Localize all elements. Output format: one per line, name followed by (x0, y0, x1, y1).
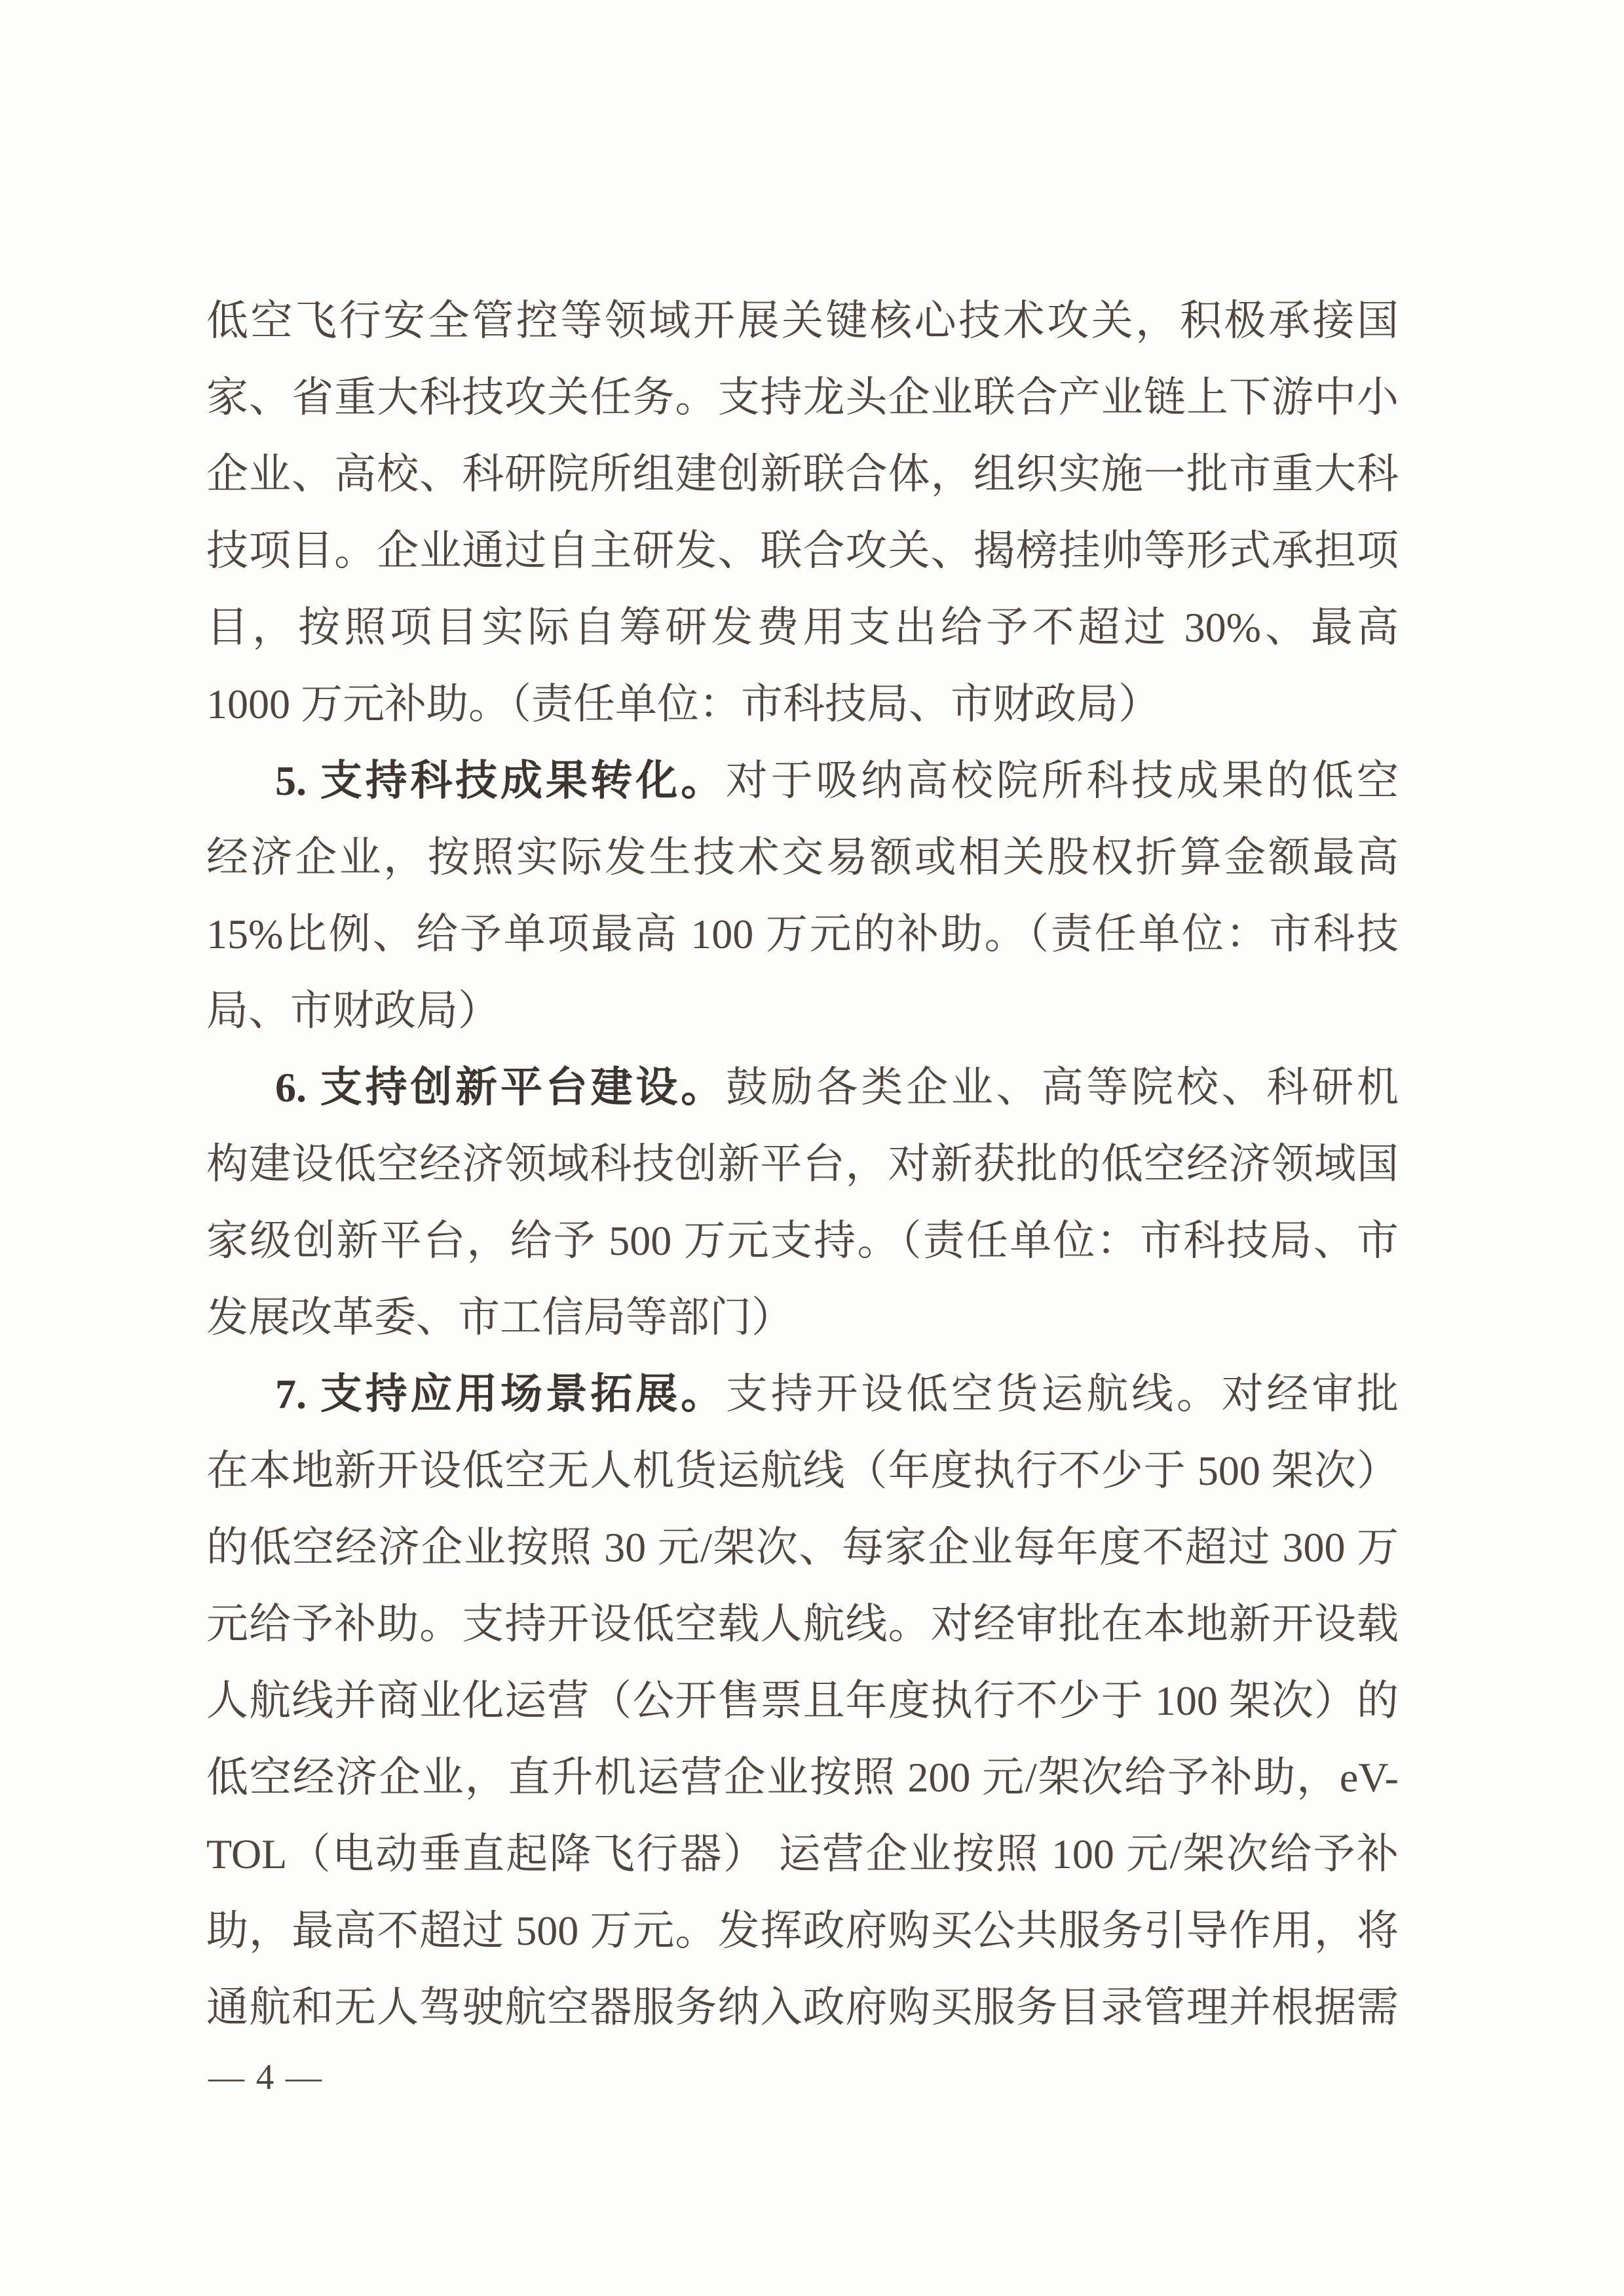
text-line: 6. 支持创新平台建设。鼓励各类企业、高等院校、科研机 (206, 1049, 1399, 1126)
text-line: 发展改革委、市工信局等部门） (206, 1279, 1399, 1356)
text-line: 1000 万元补助。（责任单位：市科技局、市财政局） (206, 666, 1399, 742)
body-text: 低空飞行安全管控等领域开展关键核心技术攻关，积极承接国家、省重大科技攻关任务。支… (206, 282, 1399, 2046)
page-footer: — 4 — (208, 2052, 323, 2101)
text-line: 目，按照项目实际自筹研发费用支出给予不超过 30%、最高 (206, 589, 1399, 666)
text-line: 家级创新平台，给予 500 万元支持。（责任单位：市科技局、市 (206, 1202, 1399, 1279)
line-text: 支持开设低空货运航线。对经审批 (726, 1371, 1399, 1417)
text-line: 经济企业，按照实际发生技术交易额或相关股权折算金额最高 (206, 819, 1399, 896)
text-line: TOL（电动垂直起降飞行器） 运营企业按照 100 元/架次给予补 (206, 1816, 1399, 1892)
text-line: 构建设低空经济领域科技创新平台，对新获批的低空经济领域国 (206, 1126, 1399, 1202)
section-heading: 6. 支持创新平台建设。 (275, 1064, 726, 1111)
section-heading: 7. 支持应用场景拓展。 (275, 1371, 726, 1417)
text-line: 人航线并商业化运营（公开售票且年度执行不少于 100 架次）的 (206, 1662, 1399, 1739)
text-line: 家、省重大科技攻关任务。支持龙头企业联合产业链上下游中小 (206, 359, 1399, 436)
text-line: 助，最高不超过 500 万元。发挥政府购买公共服务引导作用，将 (206, 1892, 1399, 1969)
text-line: 在本地新开设低空无人机货运航线（年度执行不少于 500 架次） (206, 1432, 1399, 1509)
text-line: 企业、高校、科研院所组建创新联合体，组织实施一批市重大科 (206, 436, 1399, 512)
line-text: 鼓励各类企业、高等院校、科研机 (726, 1064, 1399, 1111)
section-heading: 5. 支持科技成果转化。 (275, 757, 726, 804)
document-page: 低空飞行安全管控等领域开展关键核心技术攻关，积极承接国家、省重大科技攻关任务。支… (0, 0, 1624, 2296)
text-line: 通航和无人驾驶航空器服务纳入政府购买服务目录管理并根据需 (206, 1969, 1399, 2046)
text-line: 5. 支持科技成果转化。对于吸纳高校院所科技成果的低空 (206, 742, 1399, 819)
page-number: — 4 — (208, 2057, 323, 2097)
text-line: 局、市财政局） (206, 972, 1399, 1049)
line-text: 对于吸纳高校院所科技成果的低空 (726, 757, 1399, 804)
text-line: 7. 支持应用场景拓展。支持开设低空货运航线。对经审批 (206, 1356, 1399, 1432)
text-line: 技项目。企业通过自主研发、联合攻关、揭榜挂帅等形式承担项 (206, 512, 1399, 589)
text-line: 15%比例、给予单项最高 100 万元的补助。（责任单位：市科技 (206, 896, 1399, 972)
text-line: 低空飞行安全管控等领域开展关键核心技术攻关，积极承接国 (206, 282, 1399, 359)
text-line: 的低空经济企业按照 30 元/架次、每家企业每年度不超过 300 万 (206, 1509, 1399, 1586)
text-line: 低空经济企业，直升机运营企业按照 200 元/架次给予补助，eV- (206, 1739, 1399, 1816)
text-line: 元给予补助。支持开设低空载人航线。对经审批在本地新开设载 (206, 1586, 1399, 1662)
